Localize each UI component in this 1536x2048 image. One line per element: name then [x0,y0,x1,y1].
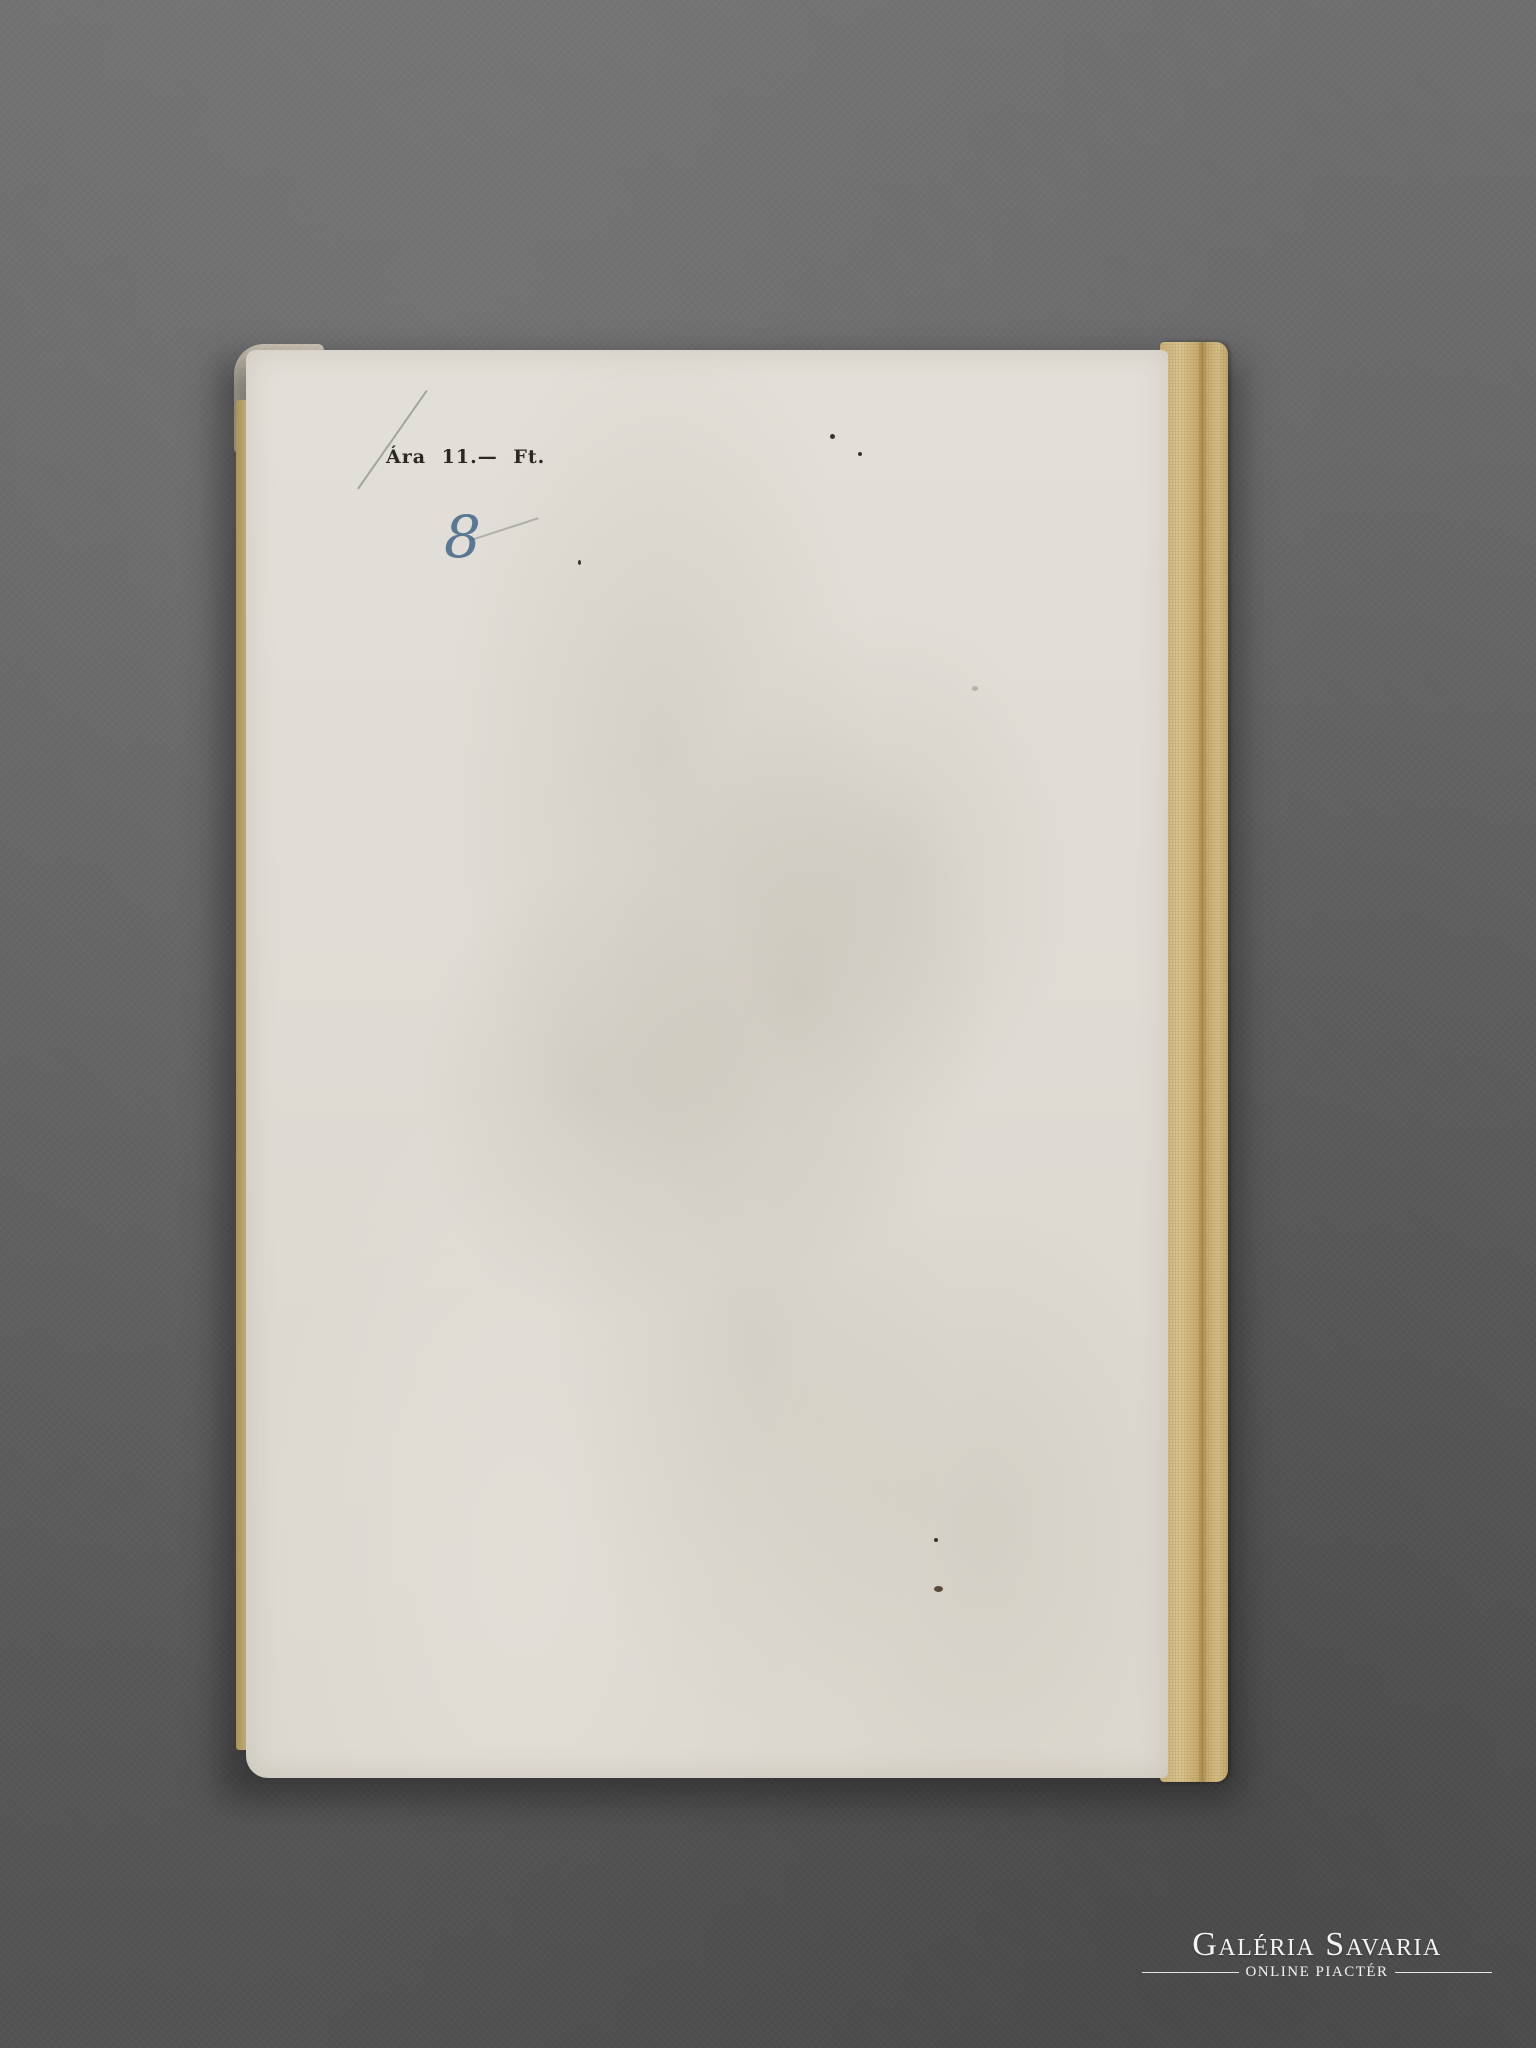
pencil-mark [471,517,538,541]
stain-speck [830,434,835,439]
watermark-logo: Galéria Savaria ONLINE PIACTÉR [1142,1928,1492,1981]
book-back-cover: Ára 11.— Ft. 8 [246,350,1168,1778]
stain-speck [934,1538,938,1542]
watermark-subtitle-row: ONLINE PIACTÉR [1142,1964,1492,1981]
stain-speck [972,686,978,691]
watermark-rule-left [1142,1972,1239,1973]
watermark-title: Galéria Savaria [1142,1928,1492,1962]
price-label: Ára 11.— Ft. [386,446,545,468]
stain-speck [578,560,581,565]
stain-speck [934,1586,943,1592]
watermark-rule-right [1395,1972,1492,1973]
book-spine [1160,342,1228,1782]
watermark-subtitle: ONLINE PIACTÉR [1245,1964,1388,1981]
pencil-mark [357,390,427,489]
stain-speck [858,452,862,456]
